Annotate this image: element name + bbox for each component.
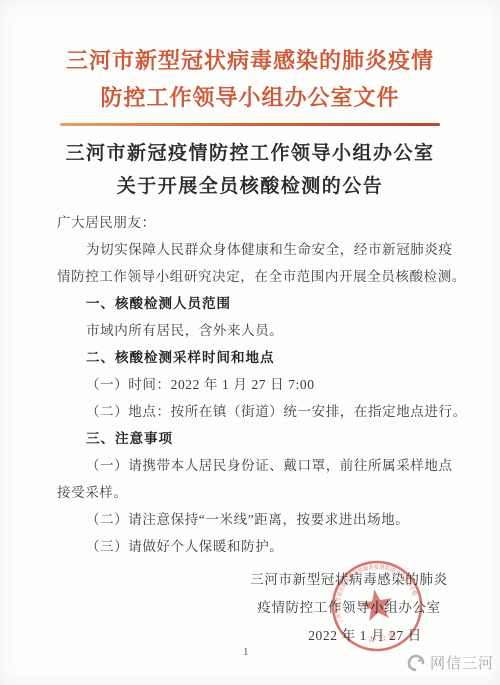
wangxin-sanhe-logo-icon	[406, 654, 426, 672]
body-line: 广大居民朋友：	[57, 209, 453, 236]
document-title-line-1: 三河市新冠疫情防控工作领导小组办公室	[0, 137, 500, 170]
body-line: 为切实保障人民群众身体健康和生命安全，经市新冠肺炎疫	[57, 236, 453, 263]
section-heading: 三、注意事项	[57, 425, 453, 452]
body-line: （二）地点：按所在镇（街道）统一安排，在指定地点进行。	[57, 398, 453, 425]
body-line: 接受采样。	[57, 479, 453, 506]
page-number: 1	[243, 646, 249, 658]
document-title-line-2: 关于开展全员核酸检测的公告	[0, 170, 500, 203]
official-seal-stamp-icon: 三河市新型冠状病毒感染的肺炎疫情防控工作领导小组 办 公 室	[314, 543, 440, 669]
section-heading: 一、核酸检测人员范围	[57, 290, 453, 317]
watermark-label: 网信三河	[430, 652, 494, 673]
body-line: （一）请携带本人居民身份证、戴口罩，前往所属采样地点	[57, 452, 453, 479]
letterhead-line-2: 防控工作领导小组办公室文件	[0, 79, 500, 116]
letterhead-line-1: 三河市新型冠状病毒感染的肺炎疫情	[0, 42, 500, 79]
body-line: （二）请注意保持“一米线”距离，按要求进出场地。	[57, 506, 453, 533]
watermark: 网信三河	[406, 652, 494, 673]
seal-star-icon	[358, 587, 395, 622]
body-lines: 广大居民朋友：为切实保障人民群众身体健康和生命安全，经市新冠肺炎疫情防控工作领导…	[57, 209, 453, 560]
body-line: 市域内所有居民，含外来人员。	[57, 317, 453, 344]
letterhead: 三河市新型冠状病毒感染的肺炎疫情 防控工作领导小组办公室文件	[0, 42, 500, 116]
section-heading: 二、核酸检测采样时间和地点	[57, 344, 453, 371]
letterhead-rule	[60, 123, 440, 126]
seal-bottom-text: 办 公 室	[367, 630, 396, 644]
document-page: 三河市新型冠状病毒感染的肺炎疫情 防控工作领导小组办公室文件 三河市新冠疫情防控…	[0, 0, 500, 685]
body-line: 情防控工作领导小组研究决定，在全市范围内开展全员核酸检测。	[57, 263, 453, 290]
document-title: 三河市新冠疫情防控工作领导小组办公室 关于开展全员核酸检测的公告	[0, 137, 500, 203]
body-line: （一）时间：2022 年 1 月 27 日 7:00	[57, 371, 453, 398]
